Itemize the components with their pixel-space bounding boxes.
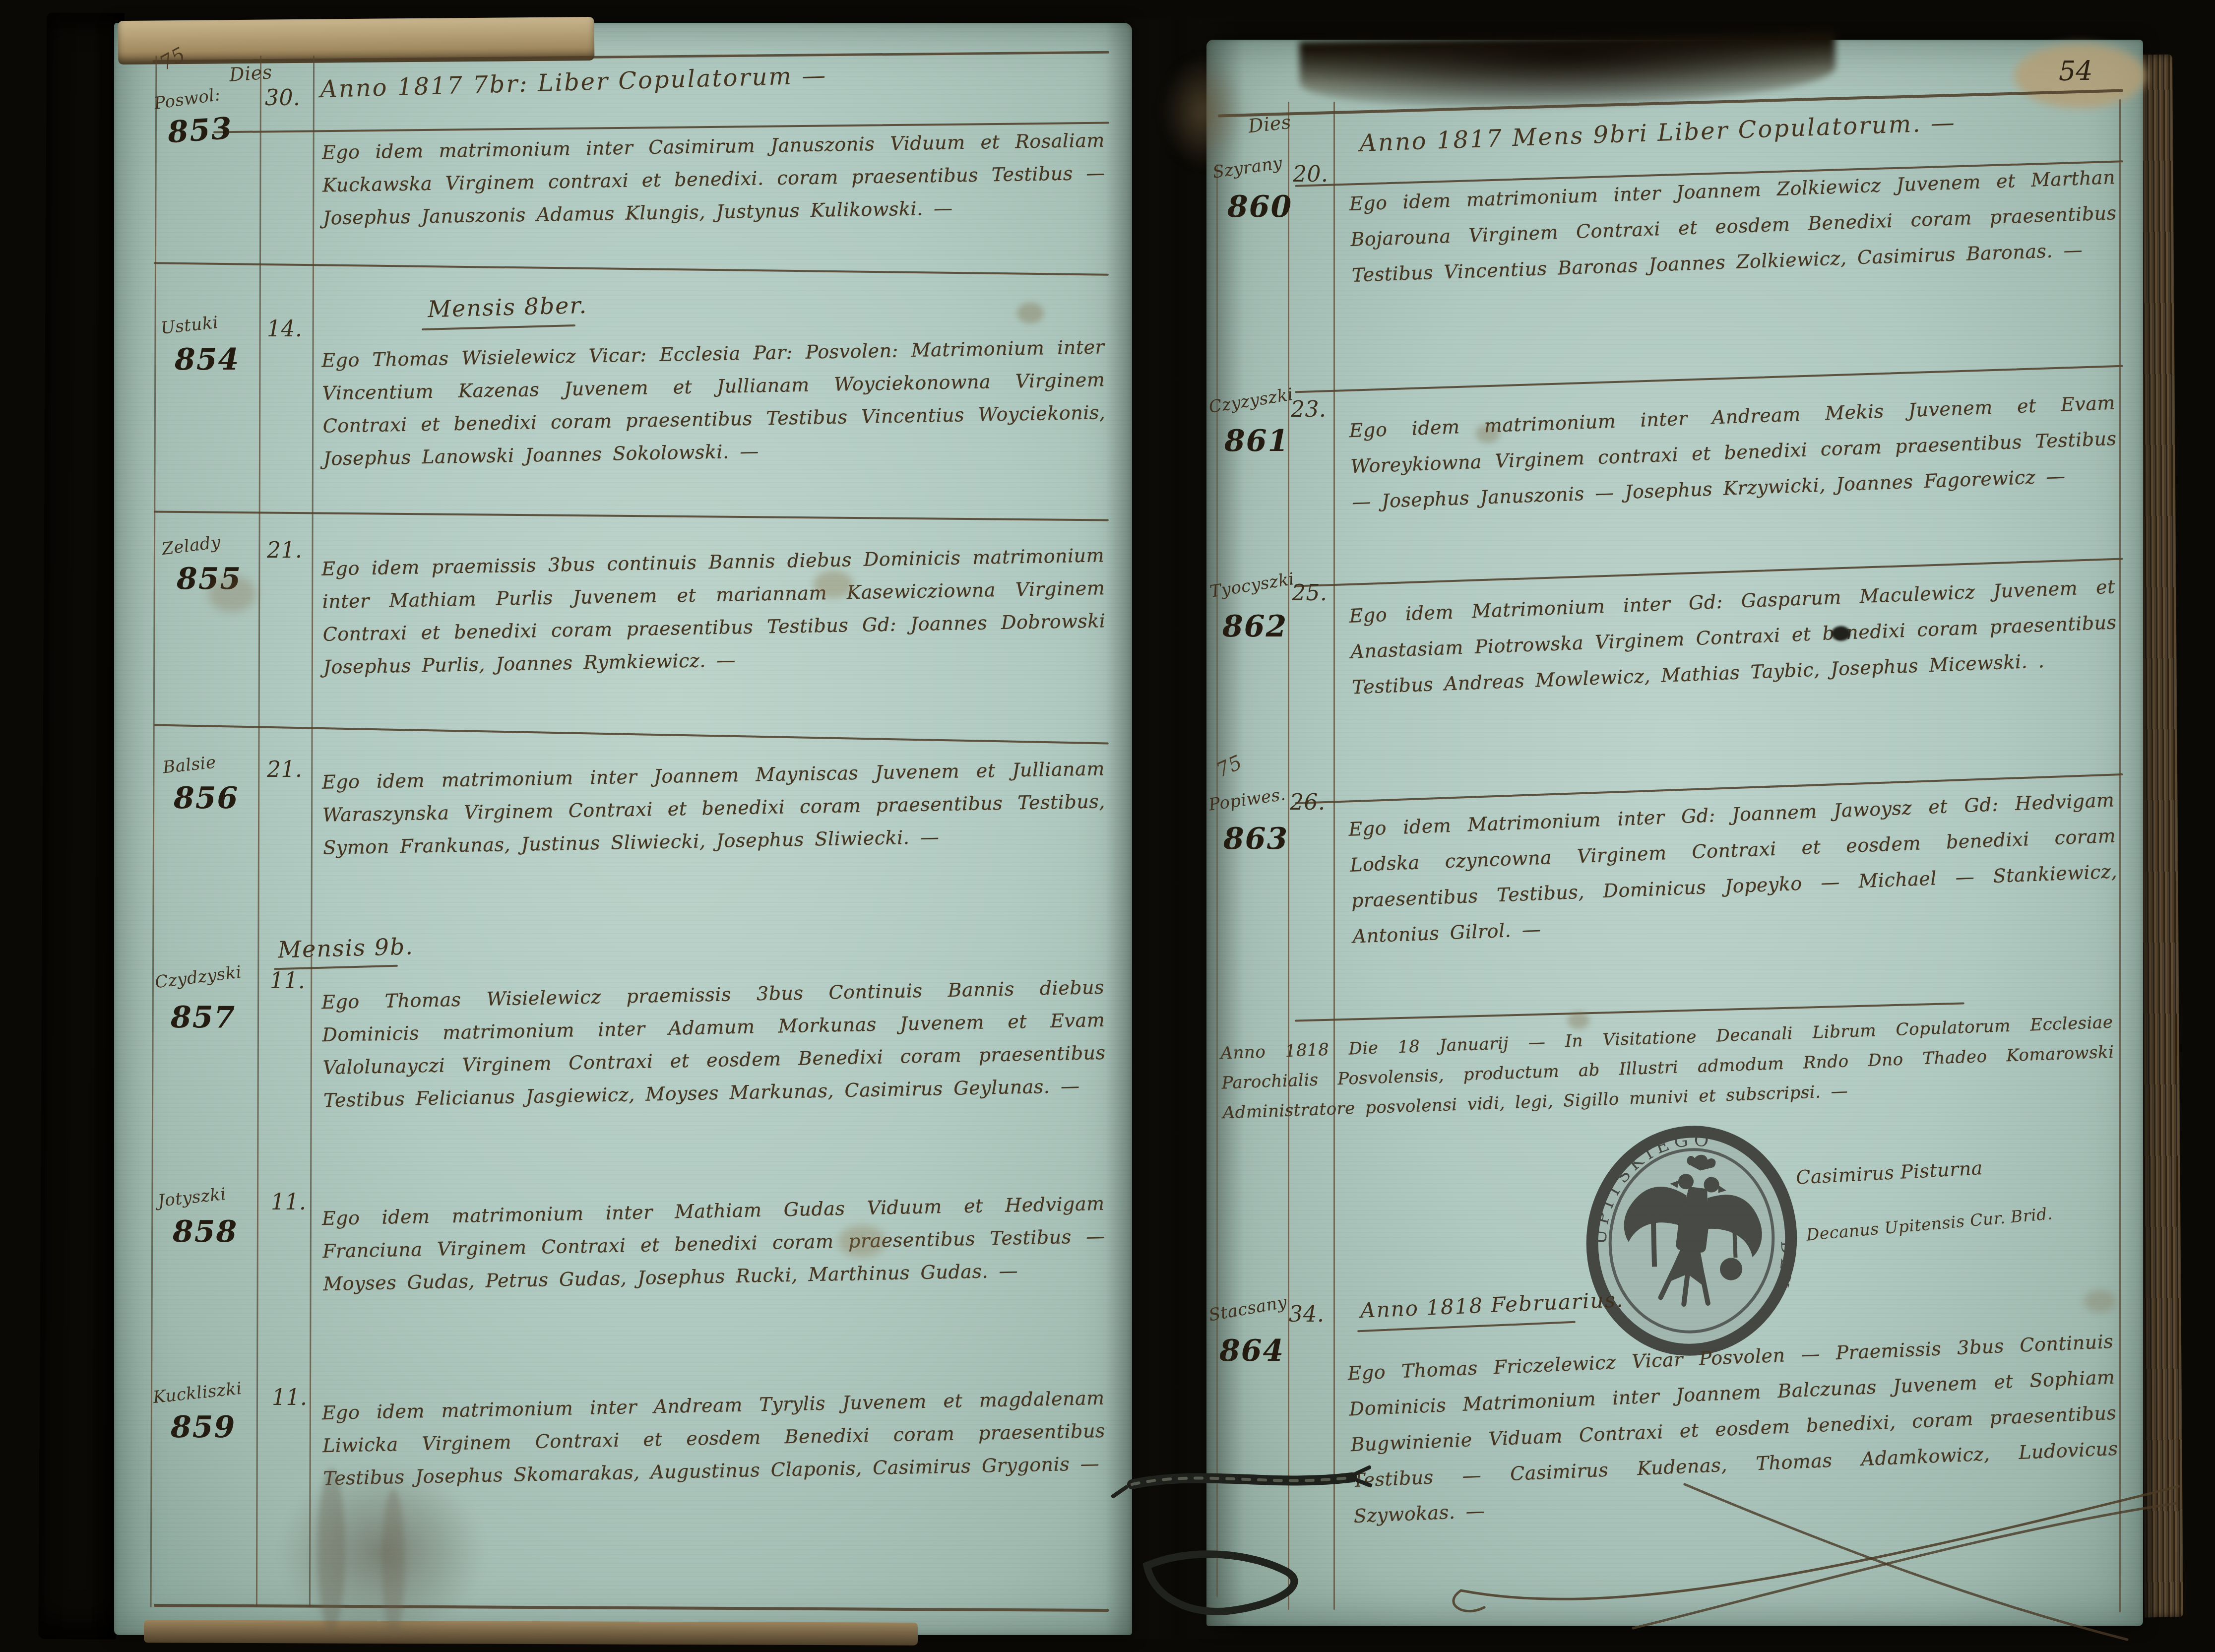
- grime-streak: [317, 1468, 345, 1632]
- ink-blot: [1832, 626, 1850, 641]
- pen-flourish: [1685, 1484, 2127, 1640]
- foxing-spot: [208, 575, 256, 612]
- binding-threads-and-flourishes: [0, 0, 2215, 1652]
- foxing-spot: [2084, 1290, 2116, 1313]
- pen-flourish: [1454, 1486, 2179, 1611]
- pen-flourish: [1633, 1503, 2177, 1628]
- foxing-spot: [1568, 1012, 1589, 1029]
- register-book-scan: 54 Dies Anno 1817 7br: Liber Copulatorum…: [0, 0, 2215, 1652]
- binding-thread-loop: [1147, 1554, 1294, 1612]
- foxing-spot: [814, 571, 853, 598]
- foxing-spot: [838, 1225, 886, 1257]
- foxing-spot: [1476, 424, 1500, 443]
- grime-streak: [382, 1488, 405, 1637]
- foxing-spot: [1017, 303, 1044, 323]
- gutter-stain: [1161, 55, 1245, 169]
